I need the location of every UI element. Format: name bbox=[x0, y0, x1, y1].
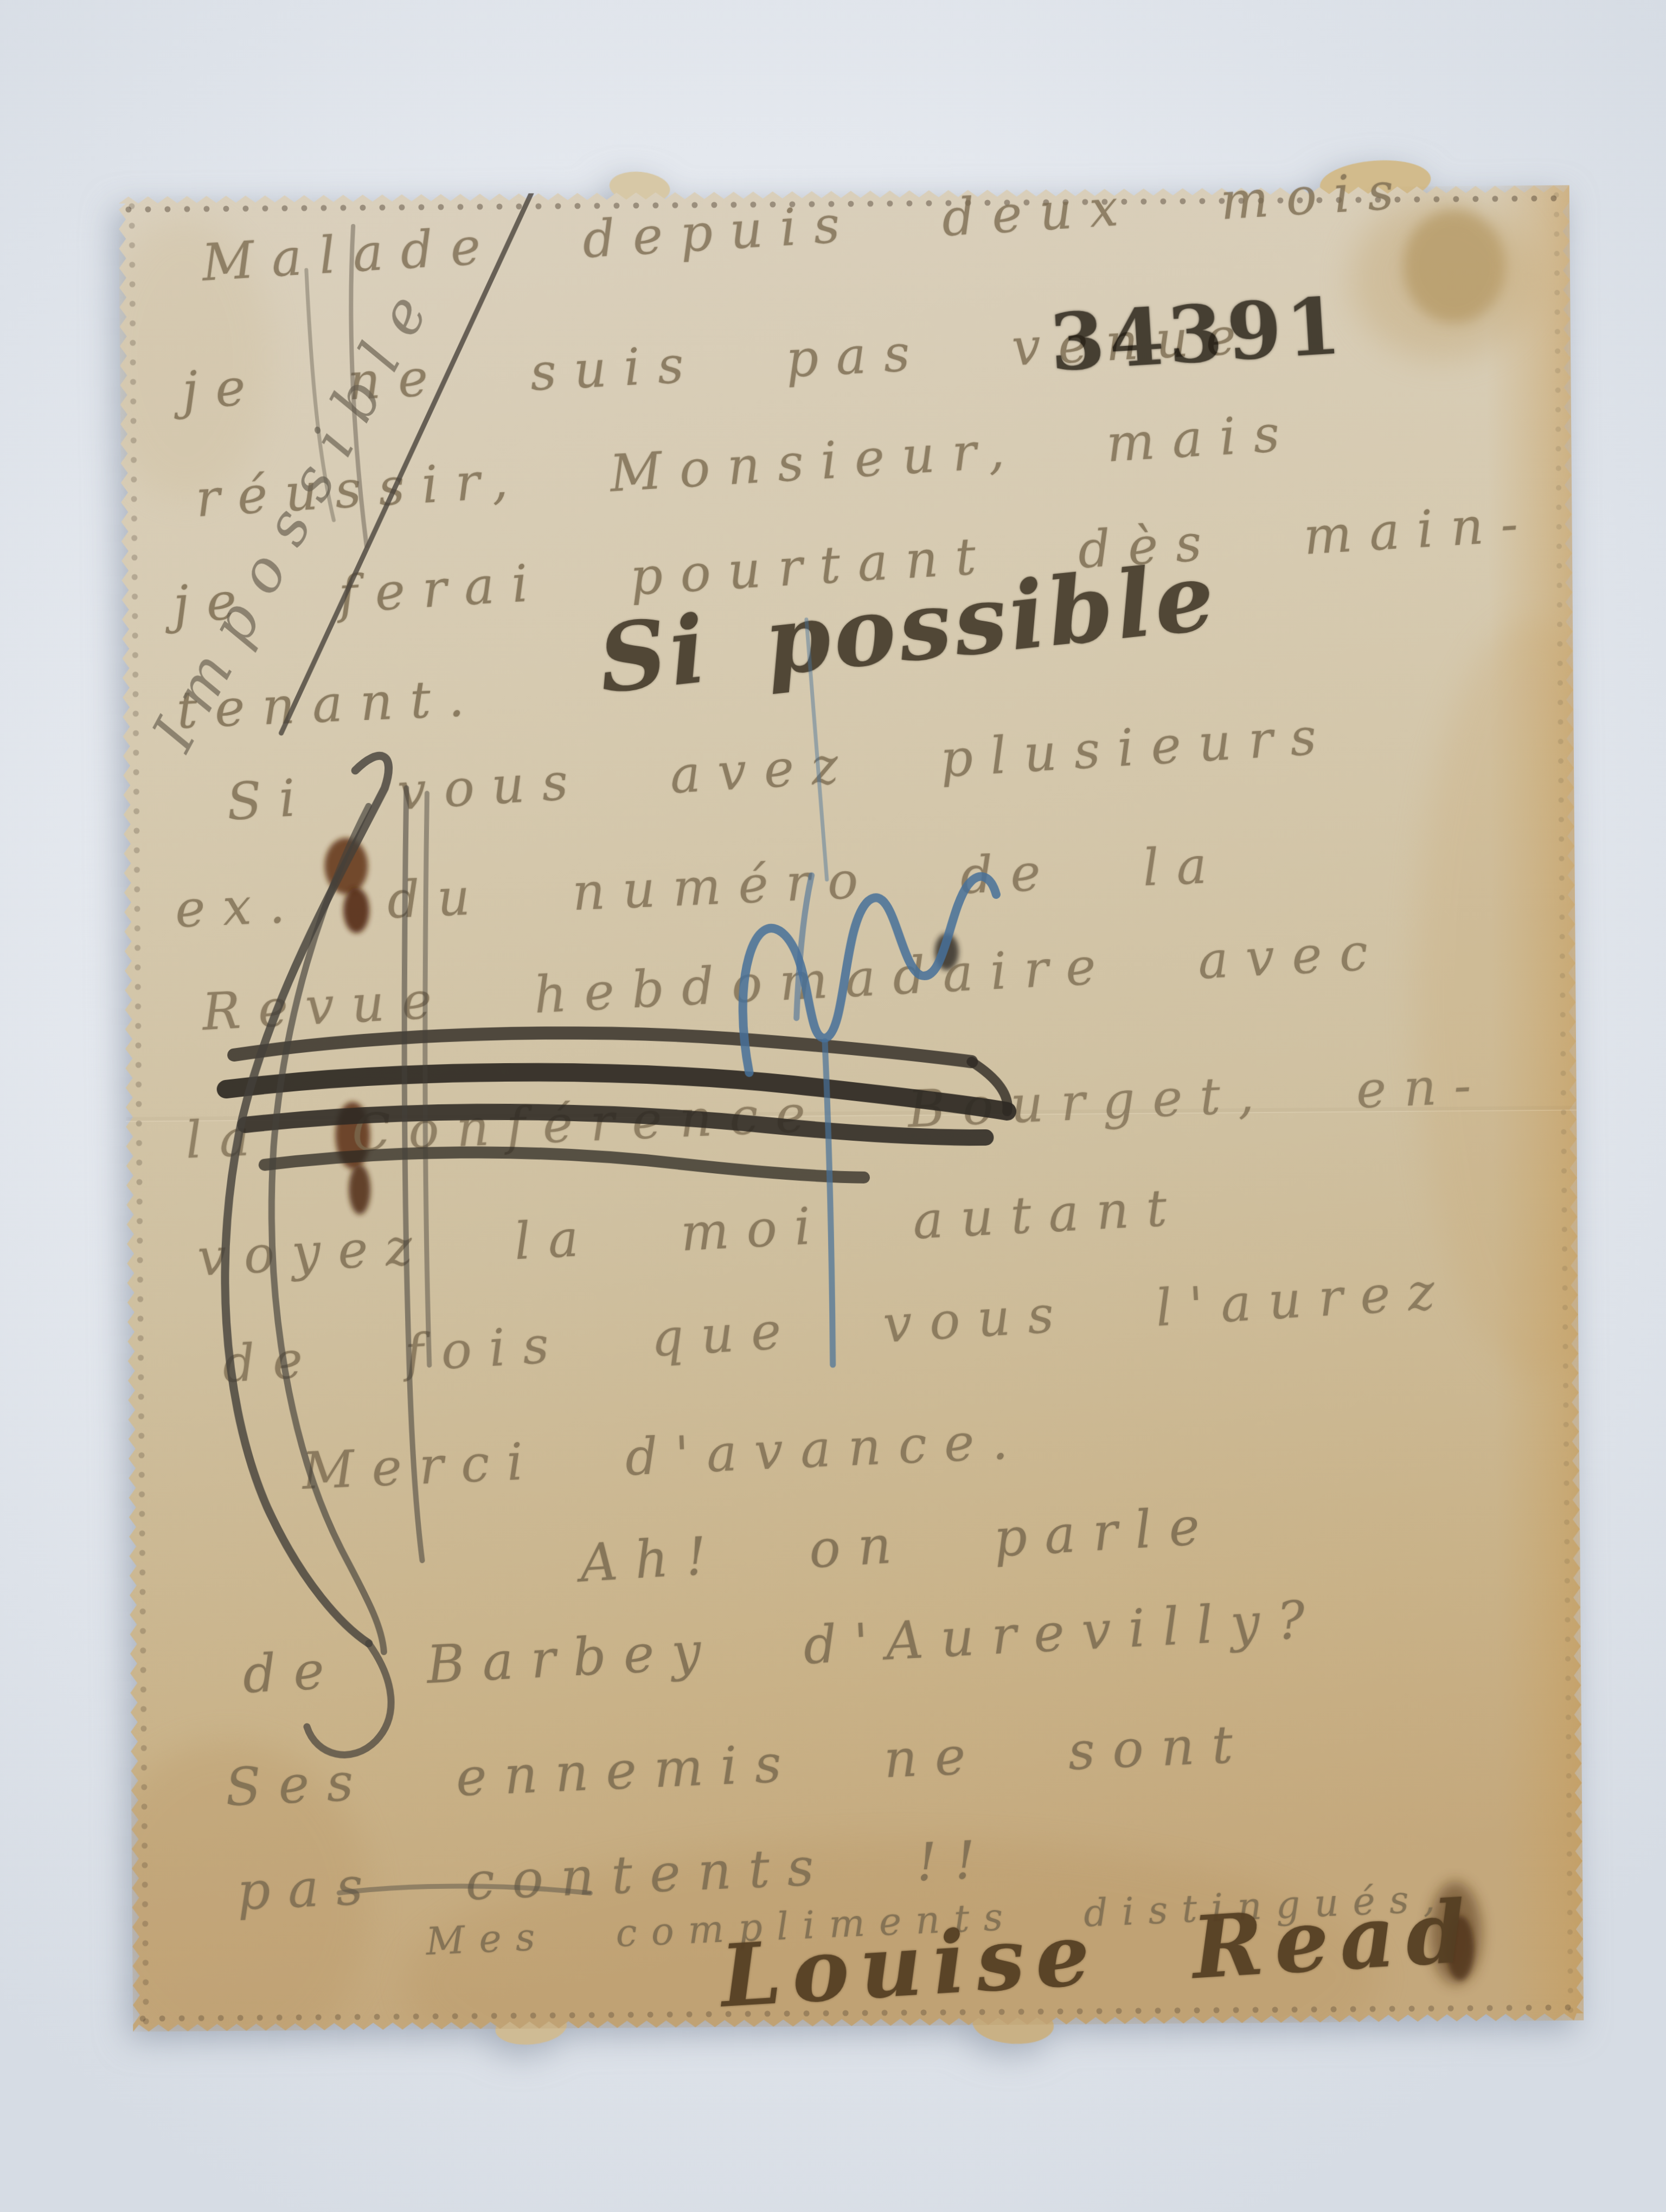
letter-line-15: de Barbey d'Aurevilly? bbox=[241, 1589, 1324, 1705]
letter-line-13: Merci d'avance. bbox=[301, 1411, 1027, 1501]
letter-line-11: voyez la moi autant bbox=[196, 1178, 1186, 1288]
letter-line-14: Ah! on parle bbox=[578, 1495, 1219, 1594]
letter-card: Malade depuis deux mois je ne suis pas v… bbox=[119, 185, 1584, 2032]
handwriting-layer: Malade depuis deux mois je ne suis pas v… bbox=[119, 185, 1584, 2032]
photo-background: Malade depuis deux mois je ne suis pas v… bbox=[0, 0, 1666, 2212]
letter-line-9: Revue hebdomadaire avec bbox=[201, 922, 1387, 1042]
letter-line-1: Malade depuis deux mois bbox=[200, 161, 1413, 293]
letter-line-12: de fois que vous l'aurez bbox=[221, 1262, 1453, 1394]
letter-line-8: ex. du numéro de la bbox=[174, 835, 1226, 940]
letter-line-10: la Conférence Bourget, en- bbox=[184, 1056, 1490, 1171]
archive-stamp: 34391 bbox=[1047, 280, 1348, 389]
letter-line-16: Ses ennemis ne sont bbox=[224, 1713, 1251, 1818]
